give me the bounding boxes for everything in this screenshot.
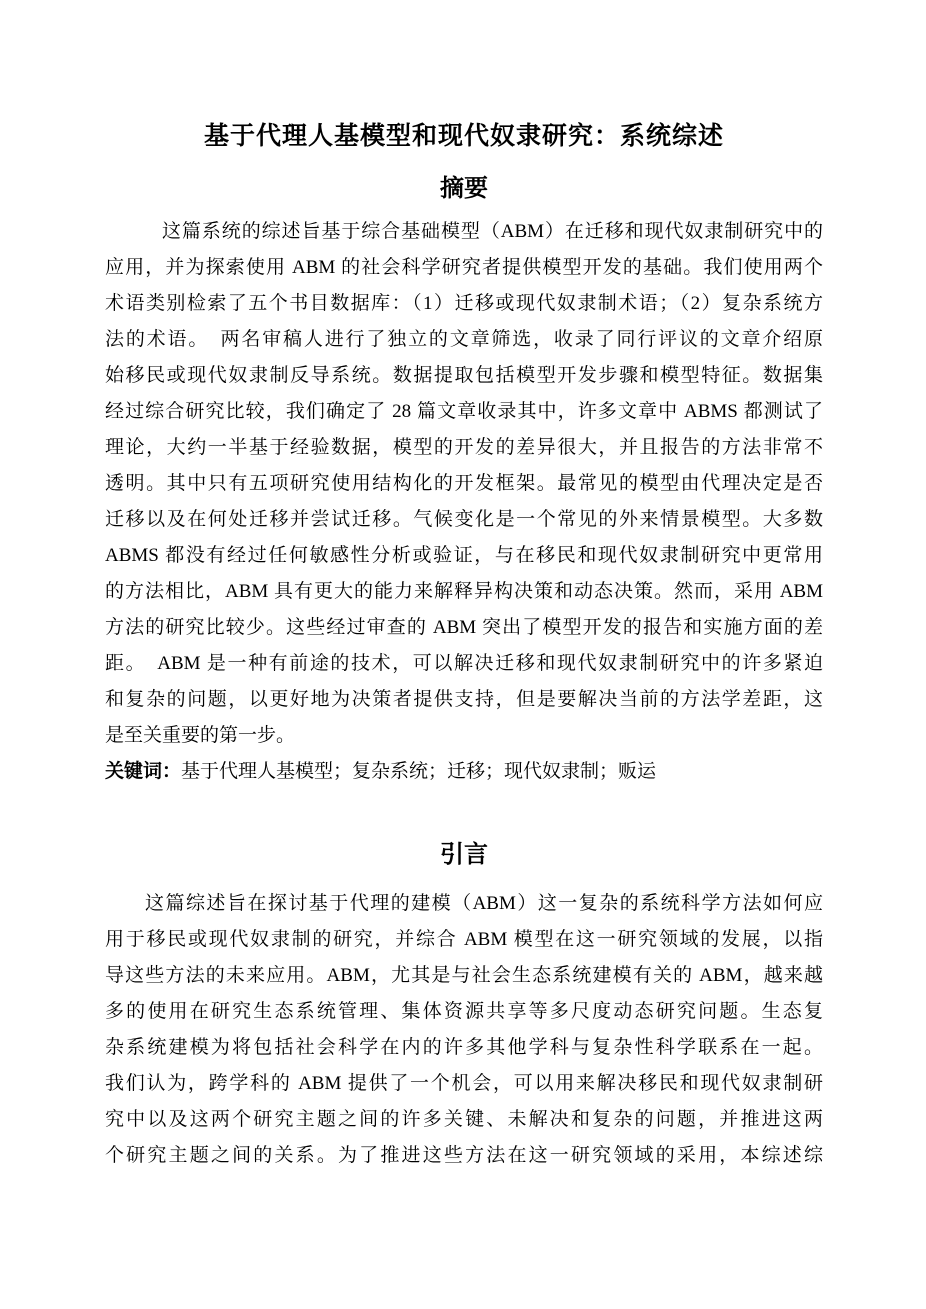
text-line: 和复杂的问题，以更好地为决策者提供支持，但是要解决当前的方法学差距，这 (105, 682, 823, 718)
introduction-heading: 引言 (105, 840, 823, 870)
text-line: 究中以及这两个研究主题之间的许多关键、未解决和复杂的问题，并推进这两 (105, 1102, 823, 1138)
text-line: ABMS 都没有经过任何敏感性分析或验证，与在移民和现代奴隶制研究中更常用 (105, 538, 823, 574)
text-line: 这篇系统的综述旨基于综合基础模型（ABM）在迁移和现代奴隶制研究中的 (105, 214, 823, 250)
keywords-label: 关键词： (105, 761, 181, 782)
text-line: 个研究主题之间的关系。为了推进这些方法在这一研究领域的采用，本综述综 (105, 1138, 823, 1174)
text-line: 方法的研究比较少。这些经过审查的 ABM 突出了模型开发的报告和实施方面的差 (105, 610, 823, 646)
introduction-paragraph: 这篇综述旨在探讨基于代理的建模（ABM）这一复杂的系统科学方法如何应用于移民或现… (105, 886, 823, 1174)
abstract-paragraph: 这篇系统的综述旨基于综合基础模型（ABM）在迁移和现代奴隶制研究中的应用，并为探… (105, 214, 823, 754)
text-line: 法的术语。 两名审稿人进行了独立的文章筛选，收录了同行评议的文章介绍原 (105, 322, 823, 358)
text-line: 迁移以及在何处迁移并尝试迁移。气候变化是一个常见的外来情景模型。大多数 (105, 502, 823, 538)
text-line: 距。 ABM 是一种有前途的技术，可以解决迁移和现代奴隶制研究中的许多紧迫 (105, 646, 823, 682)
text-line: 始移民或现代奴隶制反导系统。数据提取包括模型开发步骤和模型特征。数据集 (105, 358, 823, 394)
text-line: 杂系统建模为将包括社会科学在内的许多其他学科与复杂性科学联系在一起。 (105, 1030, 823, 1066)
text-line: 多的使用在研究生态系统管理、集体资源共享等多尺度动态研究问题。生态复 (105, 994, 823, 1030)
document-title: 基于代理人基模型和现代奴隶研究：系统综述 (105, 118, 823, 154)
text-line: 术语类别检索了五个书目数据库：（1）迁移或现代奴隶制术语；（2）复杂系统方 (105, 286, 823, 322)
text-line: 我们认为，跨学科的 ABM 提供了一个机会，可以用来解决移民和现代奴隶制研 (105, 1066, 823, 1102)
text-line: 理论，大约一半基于经验数据，模型的开发的差异很大，并且报告的方法非常不 (105, 430, 823, 466)
keywords-line: 关键词：基于代理人基模型；复杂系统；迁移；现代奴隶制；贩运 (105, 754, 823, 790)
text-line: 用于移民或现代奴隶制的研究，并综合 ABM 模型在这一研究领域的发展，以指 (105, 922, 823, 958)
text-line: 经过综合研究比较，我们确定了 28 篇文章收录其中，许多文章中 ABMS 都测试… (105, 394, 823, 430)
text-line: 应用，并为探索使用 ABM 的社会科学研究者提供模型开发的基础。我们使用两个 (105, 250, 823, 286)
text-line: 的方法相比，ABM 具有更大的能力来解释异构决策和动态决策。然而，采用 ABM (105, 574, 823, 610)
document-page: 基于代理人基模型和现代奴隶研究：系统综述 摘要 这篇系统的综述旨基于综合基础模型… (0, 0, 926, 1309)
text-line: 导这些方法的未来应用。ABM，尤其是与社会生态系统建模有关的 ABM，越来越 (105, 958, 823, 994)
text-line: 是至关重要的第一步。 (105, 718, 823, 754)
abstract-heading: 摘要 (105, 174, 823, 204)
text-line: 透明。其中只有五项研究使用结构化的开发框架。最常见的模型由代理决定是否 (105, 466, 823, 502)
keywords-text: 基于代理人基模型；复杂系统；迁移；现代奴隶制；贩运 (181, 761, 656, 782)
page-content: 基于代理人基模型和现代奴隶研究：系统综述 摘要 这篇系统的综述旨基于综合基础模型… (105, 118, 823, 1174)
text-line: 这篇综述旨在探讨基于代理的建模（ABM）这一复杂的系统科学方法如何应 (105, 886, 823, 922)
